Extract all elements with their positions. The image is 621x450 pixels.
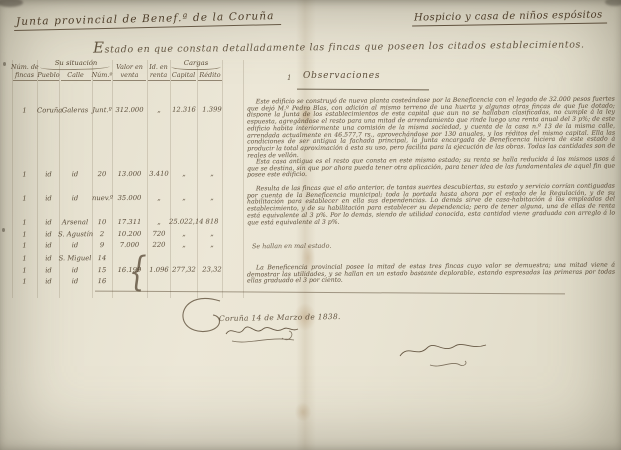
table-row: 1 id S. Miguel 14: [0, 253, 245, 264]
cell-numero: nuev.º: [92, 194, 112, 202]
table-bottom-rule: [95, 291, 565, 295]
column-header-calle: Calle: [59, 71, 92, 79]
cell-capital: 25.022,14: [169, 218, 199, 226]
cell-calle: id: [58, 277, 92, 285]
table-row: 1 id id 15 16.199 1.096 277,32 23,32: [0, 265, 245, 276]
cell-capital: 277,32: [169, 266, 199, 274]
cell-valor: 7.000: [112, 241, 147, 249]
column-header-pueblo: Pueblo: [37, 71, 60, 79]
observaciones-paragraph-3: Resulta de las fincas que el año anterio…: [247, 184, 615, 227]
table-row: 1 Coruña Galeras Junt.º 312.000 „ 12.316…: [0, 105, 245, 116]
signature-left-rubric: [224, 323, 304, 347]
cell-renta: „: [147, 218, 171, 226]
cell-valor: 13.000: [112, 170, 147, 178]
cell-pueblo: id: [37, 194, 60, 202]
cell-numero: 15: [92, 266, 112, 274]
cell-valor: 10.200: [112, 230, 147, 238]
cell-valor: 17.311: [112, 218, 147, 226]
column-header-text: Núm. de: [11, 63, 39, 71]
observaciones-paragraph-1: Este edificio se construyó de nueva plan…: [247, 97, 615, 160]
table-row: 1 id id 16: [0, 276, 245, 287]
cell-num: 1: [12, 254, 37, 262]
column-header-valor-venta: Valor en venta: [112, 63, 147, 79]
column-header-redito: Rédito: [197, 71, 223, 79]
cell-num: 1: [12, 106, 37, 114]
column-header-text: renta: [150, 71, 167, 79]
column-header-capital: Capital: [169, 71, 198, 79]
cell-num: 1: [12, 170, 37, 178]
cell-pueblo: id: [37, 170, 60, 178]
table-row: 1 id id nuev.º 35.000 „ „ „: [0, 193, 245, 204]
cell-calle: S. Agustín: [58, 230, 92, 238]
cell-pueblo: Coruña: [37, 106, 60, 114]
cell-capital: „: [169, 241, 199, 249]
column-header-id-renta: Id. en renta: [146, 63, 171, 79]
cell-pueblo: id: [37, 266, 60, 274]
table-row: 1 id S. Agustín 2 10.200 720 „ „: [0, 229, 245, 240]
cell-pueblo: id: [37, 241, 60, 249]
cell-renta: 720: [147, 230, 171, 238]
cell-calle: id: [58, 170, 92, 178]
cell-num: 1: [12, 266, 37, 274]
column-header-text: venta: [121, 71, 139, 79]
cell-valor: 312.000: [112, 106, 147, 114]
observaciones-paragraph-2: Esta casa antigua es el resto que consta…: [247, 157, 615, 180]
row-group-brace: {: [129, 249, 147, 295]
cell-pueblo: id: [37, 230, 60, 238]
observaciones-paragraph-4: La Beneficencia provincial posee la mita…: [247, 263, 615, 286]
cell-calle: S. Miguel: [58, 254, 92, 262]
cell-pueblo: id: [37, 218, 60, 226]
cell-calle: Galeras: [58, 106, 92, 114]
cell-numero: Junt.º: [92, 106, 112, 114]
paper-edge-smudge: [605, 0, 621, 6]
table-row: 1 id id 20 13.000 3.410 „ „: [0, 169, 245, 180]
column-header-text: Valor en: [116, 63, 143, 71]
manuscript-page: Junta provincial de Benef.ª de la Coruña…: [0, 0, 621, 450]
cell-capital: 12.316: [169, 106, 199, 114]
cell-renta: 220: [147, 241, 171, 249]
cell-numero: 10: [92, 218, 112, 226]
cell-capital: „: [169, 170, 199, 178]
cell-numero: 16: [92, 277, 112, 285]
cell-num: 1: [12, 277, 37, 285]
cell-renta: 1.096: [147, 266, 171, 274]
cell-pueblo: id: [37, 277, 60, 285]
cell-num: 1: [12, 218, 37, 226]
column-header-text: fincas: [15, 71, 34, 79]
table-row: 1 id Arsenal 10 17.311 „ 25.022,14 818: [0, 217, 245, 228]
paper-edge-smudge: [0, 0, 23, 7]
column-header-text: Id. en: [149, 63, 168, 71]
observaciones-underline: [297, 89, 429, 91]
cell-num: 1: [12, 241, 37, 249]
column-header-numero: Núm.º: [91, 71, 113, 79]
cell-redito: „: [199, 169, 225, 177]
cell-num: 1: [12, 194, 37, 202]
header-right-title: Hospicio y casa de niños espósitos: [412, 9, 607, 26]
cell-numero: 9: [92, 241, 112, 249]
signature-right-rubric: [398, 340, 490, 372]
cell-redito: 23,32: [199, 265, 225, 273]
cell-numero: 20: [92, 170, 112, 178]
cell-valor: 35.000: [112, 194, 147, 202]
cell-pueblo: id: [37, 254, 60, 262]
cell-calle: id: [58, 194, 92, 202]
cell-calle: id: [58, 241, 92, 249]
date-line: Coruña 14 de Marzo de 1838.: [219, 312, 341, 323]
observaciones-nota: Se hallan en mal estado.: [252, 242, 331, 251]
cell-redito: 1.399: [199, 105, 225, 113]
cell-numero: 2: [92, 230, 112, 238]
document-subtitle: Estado en que constan detalladamente las…: [93, 33, 585, 56]
observaciones-mark: 1: [287, 74, 291, 82]
cell-capital: „: [169, 230, 199, 238]
cell-redito: „: [199, 193, 225, 201]
cell-num: 1: [12, 230, 37, 238]
column-header-num-fincas: Núm. de fincas: [11, 63, 38, 79]
cell-redito: 818: [199, 217, 225, 225]
cargas-flourish: [171, 62, 221, 70]
cell-capital: „: [169, 194, 199, 202]
cell-redito: „: [199, 240, 225, 248]
cell-renta: „: [147, 194, 171, 202]
cell-calle: Arsenal: [58, 218, 92, 226]
ink-speck: [3, 62, 6, 66]
observaciones-header: Observaciones: [303, 71, 380, 81]
table-row: 1 id id 9 7.000 220 „ „: [0, 240, 245, 251]
cell-redito: „: [199, 229, 225, 237]
header-left-title: Junta provincial de Benef.ª de la Coruña: [14, 10, 281, 31]
cell-numero: 14: [92, 254, 112, 262]
cell-calle: id: [58, 266, 92, 274]
cell-renta: 3.410: [147, 170, 171, 178]
situacion-flourish: [40, 61, 110, 70]
cell-renta: „: [147, 106, 171, 114]
